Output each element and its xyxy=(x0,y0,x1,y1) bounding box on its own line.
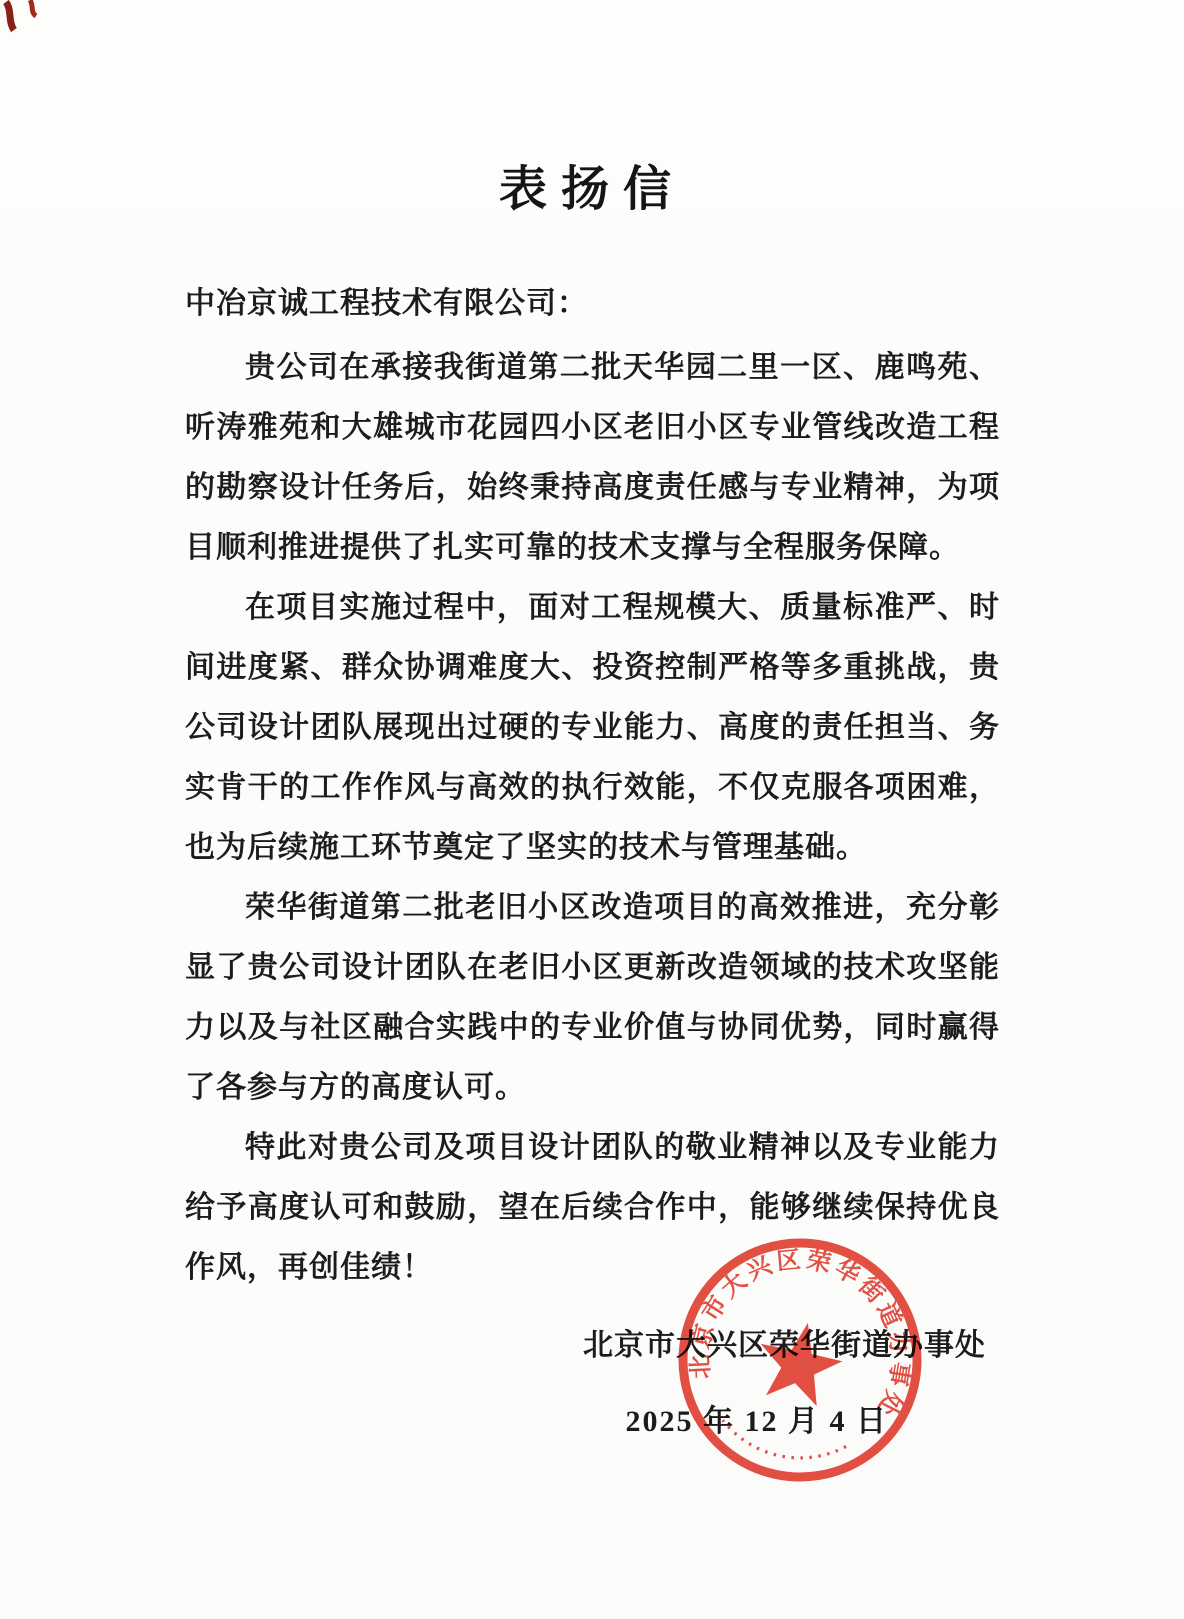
date-line: 2025 年 12 月 4 日 xyxy=(185,1392,1000,1452)
letter-body: 中冶京诚工程技术有限公司： 贵公司在承接我街道第二批天华园二里一区、鹿鸣苑、听涛… xyxy=(0,219,1184,1452)
salutation: 中冶京诚工程技术有限公司： xyxy=(185,274,1000,334)
paragraph-1: 贵公司在承接我街道第二批天华园二里一区、鹿鸣苑、听涛雅苑和大雄城市花园四小区老旧… xyxy=(185,338,1000,578)
paragraph-2: 在项目实施过程中，面对工程规模大、质量标准严、时间进度紧、群众协调难度大、投资控… xyxy=(185,578,1000,878)
paragraph-4: 特此对贵公司及项目设计团队的敬业精神以及专业能力给予高度认可和鼓励，望在后续合作… xyxy=(185,1118,1000,1298)
letter-title: 表扬信 xyxy=(0,0,1184,219)
signature: 北京市大兴区荣华街道办事处 xyxy=(185,1316,1000,1376)
paragraph-3: 荣华街道第二批老旧小区改造项目的高效推进，充分彰显了贵公司设计团队在老旧小区更新… xyxy=(185,878,1000,1118)
letter-page: 表扬信 中冶京诚工程技术有限公司： 贵公司在承接我街道第二批天华园二里一区、鹿鸣… xyxy=(0,0,1184,1619)
